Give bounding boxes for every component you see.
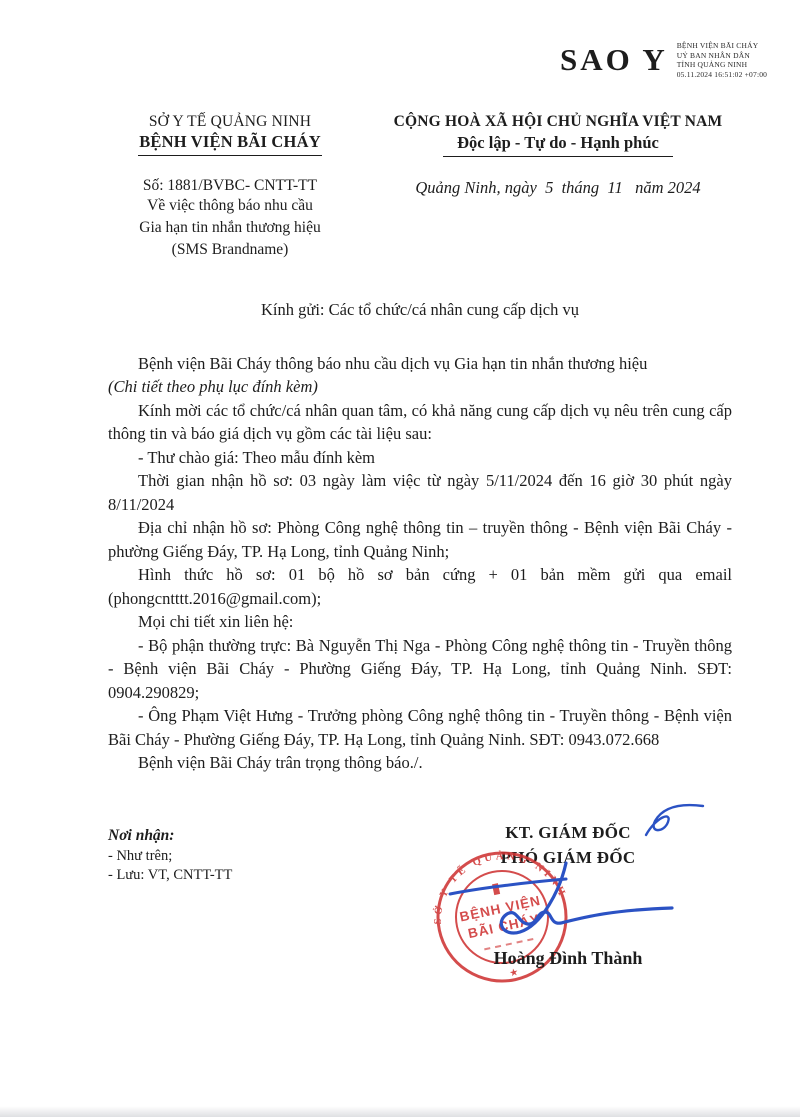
recipients-block: Nơi nhận: - Như trên; - Lưu: VT, CNTT-TT (108, 826, 232, 885)
body-paragraph: Hình thức hồ sơ: 01 bộ hồ sơ bản cứng + … (108, 563, 732, 610)
sao-y-issuer-line: TỈNH QUẢNG NINH (677, 60, 767, 70)
document-subject-line: Gia hạn tin nhắn thương hiệu (70, 217, 390, 239)
sao-y-meta: BỆNH VIỆN BÃI CHÁY UỶ BAN NHÂN DÂN TỈNH … (677, 38, 767, 79)
body-paragraph: - Ông Phạm Việt Hưng - Trưởng phòng Công… (108, 704, 732, 751)
sao-y-timestamp: 05.11.2024 16:51:02 +07:00 (677, 70, 767, 80)
seal-and-signature-art: SỞ Y TẾ QUẢNG NINH ★ BỆNH VIỆN BÃI CHÁY (380, 795, 770, 1025)
letter-body: Kính gửi: Các tổ chức/cá nhân cung cấp d… (108, 298, 732, 775)
body-paragraph: - Thư chào giá: Theo mẫu đính kèm (108, 446, 732, 470)
recipient-item: - Lưu: VT, CNTT-TT (108, 866, 232, 885)
document-subject-line: (SMS Brandname) (70, 239, 390, 261)
scan-shadow-artifact (0, 1106, 800, 1117)
place-and-date: Quảng Ninh, ngày 5 tháng 11 năm 2024 (390, 178, 726, 198)
document-subject-line: Về việc thông báo nhu cầu (70, 195, 390, 217)
national-motto: Độc lập - Tự do - Hạnh phúc (443, 131, 673, 157)
signer-name: Hoàng Đình Thành (425, 948, 711, 969)
salutation: Kính gửi: Các tổ chức/cá nhân cung cấp d… (108, 298, 732, 322)
body-paragraph-italic: (Chi tiết theo phụ lục đính kèm) (108, 375, 732, 399)
letterhead: SỞ Y TẾ QUẢNG NINH BỆNH VIỆN BÃI CHÁY Số… (0, 113, 800, 261)
body-paragraph: Bệnh viện Bãi Cháy trân trọng thông báo.… (108, 751, 732, 775)
issuing-org-block: SỞ Y TẾ QUẢNG NINH BỆNH VIỆN BÃI CHÁY Số… (70, 113, 390, 261)
body-paragraph: Thời gian nhận hồ sơ: 03 ngày làm việc t… (108, 469, 732, 516)
recipient-item: - Như trên; (108, 847, 232, 866)
org-name: BỆNH VIỆN BÃI CHÁY (138, 131, 322, 156)
body-paragraph: - Bộ phận thường trực: Bà Nguyễn Thị Nga… (108, 634, 732, 705)
signature-flourish (646, 805, 703, 835)
sao-y-issuer-line: UỶ BAN NHÂN DÂN (677, 51, 767, 61)
national-title: CỘNG HOÀ XÃ HỘI CHỦ NGHĨA VIỆT NAM (390, 113, 726, 131)
sao-y-issuer-line: BỆNH VIỆN BÃI CHÁY (677, 41, 767, 51)
body-paragraph: Kính mời các tổ chức/cá nhân quan tâm, c… (108, 399, 732, 446)
body-paragraph: Địa chỉ nhận hồ sơ: Phòng Công nghệ thôn… (108, 516, 732, 563)
parent-org-name: SỞ Y TẾ QUẢNG NINH (70, 113, 390, 131)
recipients-label: Nơi nhận: (108, 826, 232, 845)
national-header-block: CỘNG HOÀ XÃ HỘI CHỦ NGHĨA VIỆT NAM Độc l… (390, 113, 726, 261)
body-paragraph: Mọi chi tiết xin liên hệ: (108, 610, 732, 634)
sao-y-certification: SAO Y BỆNH VIỆN BÃI CHÁY UỶ BAN NHÂN DÂN… (560, 38, 767, 79)
document-page: SAO Y BỆNH VIỆN BÃI CHÁY UỶ BAN NHÂN DÂN… (0, 0, 800, 1117)
document-number: Số: 1881/BVBC- CNTT-TT (70, 177, 390, 195)
sao-y-stamp-text: SAO Y (560, 38, 668, 75)
body-paragraph: Bệnh viện Bãi Cháy thông báo nhu cầu dịc… (108, 352, 732, 376)
hospital-seal: SỞ Y TẾ QUẢNG NINH ★ BỆNH VIỆN BÃI CHÁY (421, 838, 584, 994)
